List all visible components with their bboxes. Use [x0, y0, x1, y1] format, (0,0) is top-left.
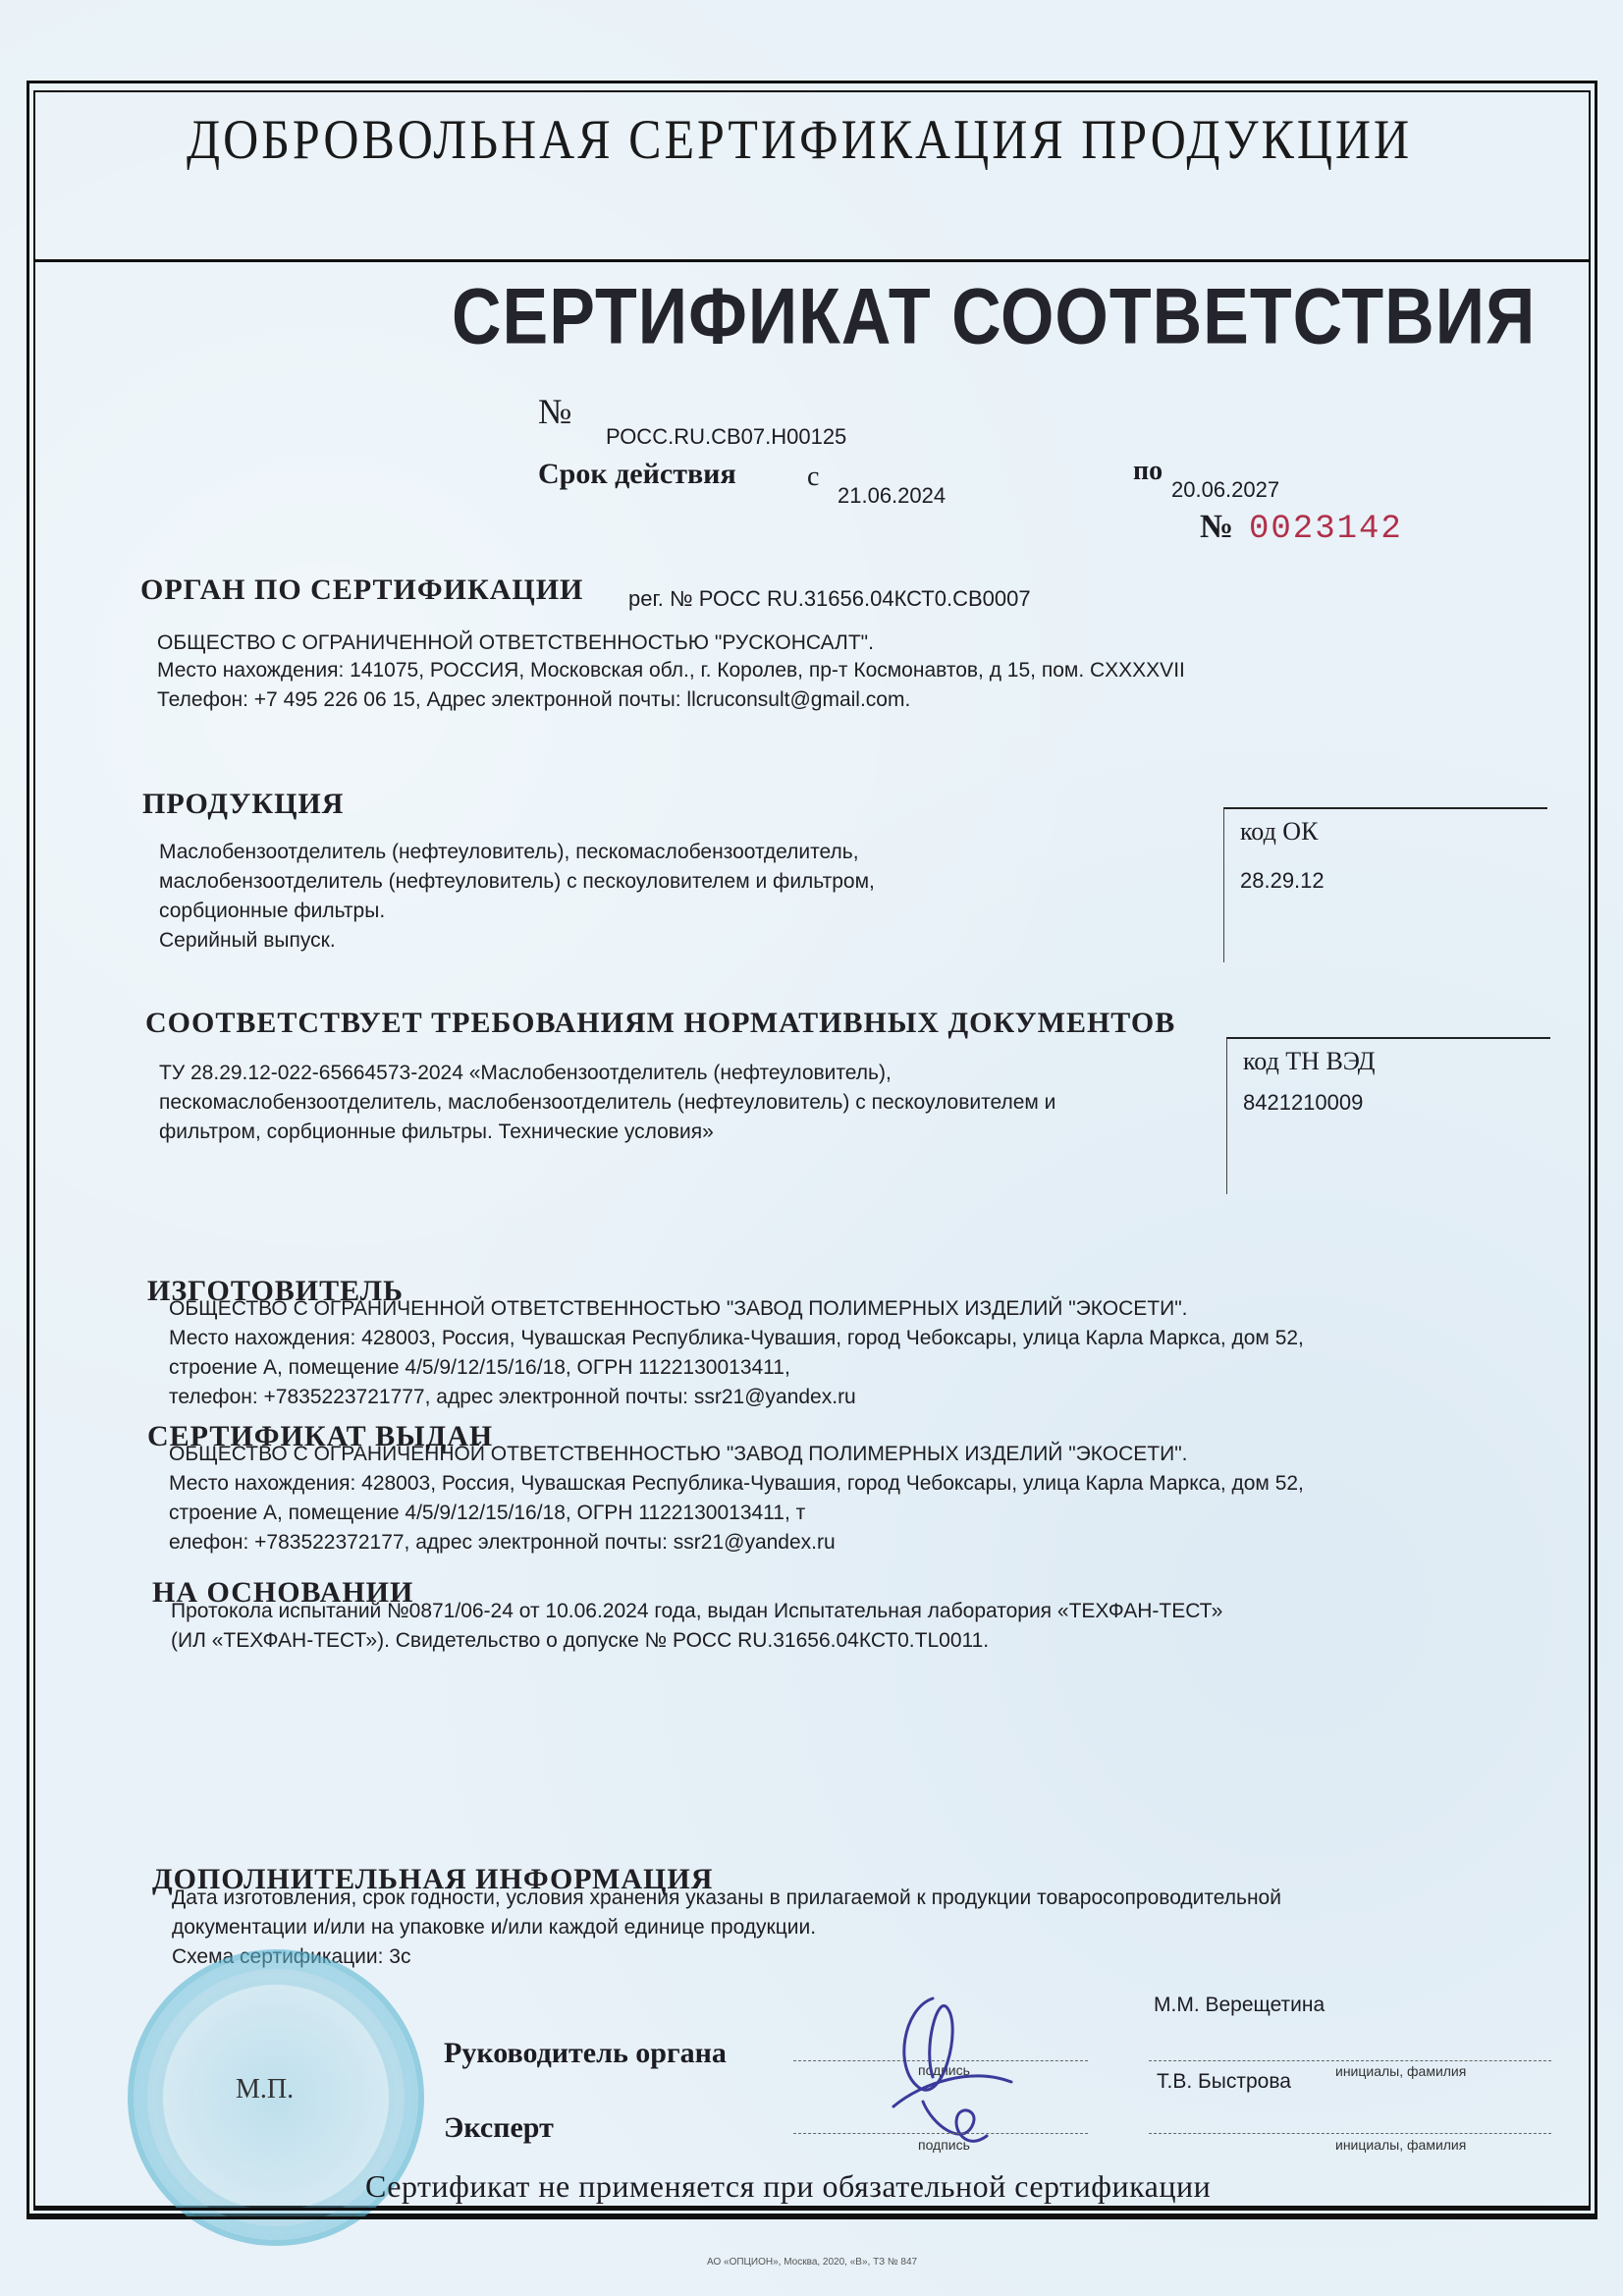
certification-body-address: Место нахождения: 141075, РОССИЯ, Москов… [157, 656, 1185, 685]
valid-from-date: 21.06.2024 [838, 483, 946, 509]
basis-details: Протокола испытаний №0871/06-24 от 10.06… [171, 1597, 1222, 1656]
additional-info-line: Дата изготовления, срок годности, услови… [172, 1884, 1281, 1913]
validity-label: Срок действия [538, 458, 736, 491]
manufacturer-details: ОБЩЕСТВО С ОГРАНИЧЕННОЙ ОТВЕТСТВЕННОСТЬЮ… [169, 1294, 1304, 1412]
tnved-code-box: код ТН ВЭД 8421210009 [1226, 1037, 1550, 1194]
manufacturer-line: Место нахождения: 428003, Россия, Чувашс… [169, 1324, 1304, 1353]
issued-to-line: строение А, помещение 4/5/9/12/15/16/18,… [169, 1499, 1304, 1528]
product-line: Маслобензоотделитель (нефтеуловитель), п… [159, 838, 875, 867]
certificate-number: РОСС.RU.СВ07.Н00125 [606, 424, 846, 450]
ok-code-label: код ОК [1240, 817, 1532, 847]
voluntary-notice: Сертификат не применяется при обязательн… [365, 2168, 1211, 2205]
expert-name-line [1149, 2133, 1551, 2134]
product-line: Серийный выпуск. [159, 926, 875, 956]
head-name-line [1149, 2060, 1551, 2061]
expert-label: Эксперт [444, 2111, 554, 2145]
bottom-border-line [33, 2208, 1591, 2211]
manufacturer-line: строение А, помещение 4/5/9/12/15/16/18,… [169, 1353, 1304, 1383]
product-heading: ПРОДУКЦИЯ [142, 788, 344, 821]
issued-to-line: елефон: +783522372177, адрес электронной… [169, 1528, 1304, 1558]
valid-to-date: 20.06.2027 [1171, 477, 1279, 503]
validity-to-label: по [1133, 456, 1163, 487]
certification-body-reg-number: рег. № РОСС RU.31656.04КСТ0.СВ0007 [628, 586, 1031, 612]
number-sign: № [538, 391, 571, 432]
expert-signature-line [793, 2133, 1088, 2134]
bottom-border-line [27, 2216, 1597, 2219]
product-line: маслобензоотделитель (нефтеуловитель) с … [159, 867, 875, 897]
standards-description: ТУ 28.29.12-022-65664573-2024 «Маслобенз… [159, 1059, 1055, 1147]
header-divider [33, 259, 1591, 262]
head-name-caption: инициалы, фамилия [1335, 2063, 1466, 2079]
certificate-title: СЕРТИФИКАТ СООТВЕТСТВИЯ [452, 271, 1536, 361]
basis-line: Протокола испытаний №0871/06-24 от 10.06… [171, 1597, 1222, 1626]
signature-icon [864, 1989, 1041, 2160]
certification-body-contacts: Телефон: +7 495 226 06 15, Адрес электро… [157, 685, 910, 715]
standards-line: ТУ 28.29.12-022-65664573-2024 «Маслобенз… [159, 1059, 1055, 1088]
product-description: Маслобензоотделитель (нефтеуловитель), п… [159, 838, 875, 956]
product-line: сорбционные фильтры. [159, 897, 875, 926]
manufacturer-line: ОБЩЕСТВО С ОГРАНИЧЕННОЙ ОТВЕТСТВЕННОСТЬЮ… [169, 1294, 1304, 1324]
manufacturer-line: телефон: +7835223721777, адрес электронн… [169, 1383, 1304, 1412]
ok-code-value: 28.29.12 [1240, 868, 1532, 894]
standards-line: пескомаслобензоотделитель, маслобензоотд… [159, 1088, 1055, 1118]
issued-to-line: ОБЩЕСТВО С ОГРАНИЧЕННОЙ ОТВЕТСТВЕННОСТЬЮ… [169, 1440, 1304, 1469]
basis-line: (ИЛ «ТЕХФАН-ТЕСТ»). Свидетельство о допу… [171, 1626, 1222, 1656]
standards-heading: СООТВЕТСТВУЕТ ТРЕБОВАНИЯМ НОРМАТИВНЫХ ДО… [145, 1007, 1175, 1040]
head-name: М.М. Верещетина [1154, 1994, 1325, 2017]
head-of-body-label: Руководитель органа [444, 2037, 727, 2070]
additional-info-line: документации и/или на упаковке и/или каж… [172, 1913, 1281, 1942]
expert-name-caption: инициалы, фамилия [1335, 2137, 1466, 2153]
standards-line: фильтром, сорбционные фильтры. Техническ… [159, 1118, 1055, 1147]
tnved-code-value: 8421210009 [1243, 1090, 1535, 1116]
issued-to-details: ОБЩЕСТВО С ОГРАНИЧЕННОЙ ОТВЕТСТВЕННОСТЬЮ… [169, 1440, 1304, 1558]
certification-body-name: ОБЩЕСТВО С ОГРАНИЧЕННОЙ ОТВЕТСТВЕННОСТЬЮ… [157, 629, 874, 658]
blank-serial-number: 0023142 [1249, 511, 1403, 548]
blank-number-sign: № [1200, 509, 1233, 546]
expert-name: Т.В. Быстрова [1157, 2070, 1291, 2094]
validity-from-label: с [807, 462, 819, 493]
ok-code-box: код ОК 28.29.12 [1223, 807, 1547, 962]
program-heading: ДОБРОВОЛЬНАЯ СЕРТИФИКАЦИЯ ПРОДУКЦИИ [187, 106, 1412, 172]
tnved-code-label: код ТН ВЭД [1243, 1047, 1535, 1076]
printer-imprint: АО «ОПЦИОН», Москва, 2020, «В», ТЗ № 847 [707, 2257, 917, 2268]
certification-body-heading: ОРГАН ПО СЕРТИФИКАЦИИ [140, 574, 583, 607]
issued-to-line: Место нахождения: 428003, Россия, Чувашс… [169, 1469, 1304, 1499]
additional-info-details: Дата изготовления, срок годности, услови… [172, 1884, 1281, 1972]
stamp-placeholder-label: М.П. [236, 2074, 294, 2105]
expert-signature-caption: подпись [918, 2137, 970, 2153]
